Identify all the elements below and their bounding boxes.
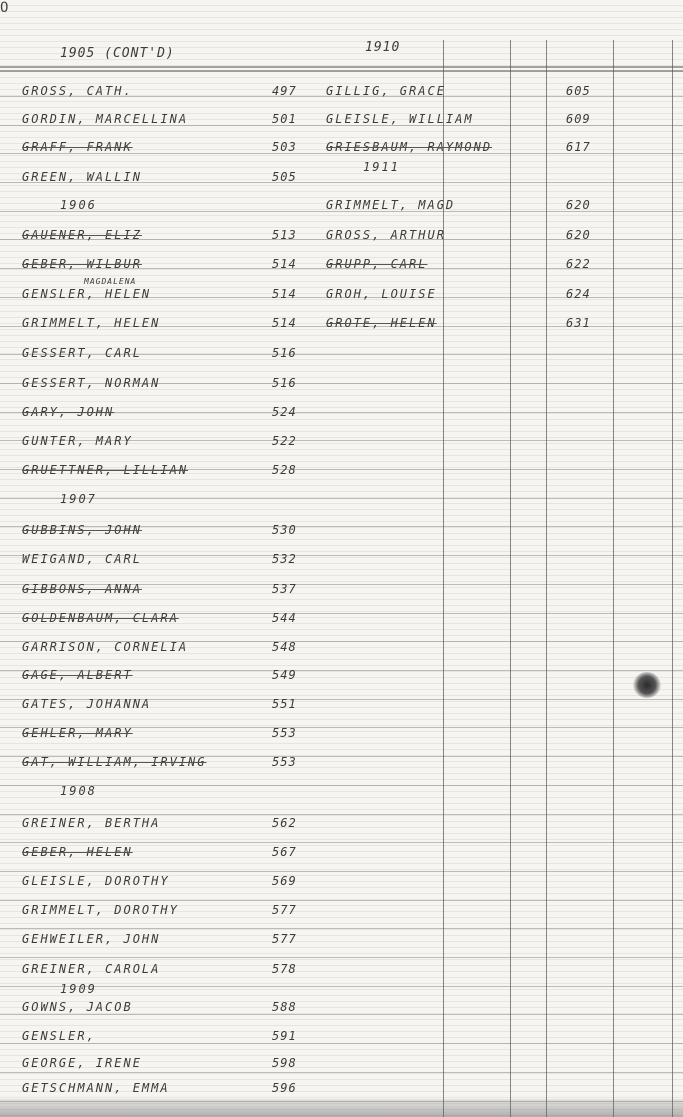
year-section-label: 1911 — [363, 160, 400, 174]
entry-page-number: 528 — [272, 463, 297, 477]
entry-page-number: 569 — [272, 874, 297, 888]
entry-name: GOWNS, JACOB — [22, 1000, 133, 1014]
column-rule — [613, 40, 614, 1117]
entry-page-number: 532 — [272, 552, 297, 566]
entry-page-number: 588 — [272, 1000, 297, 1014]
ruled-line — [0, 785, 683, 786]
entry-name: GROTE, HELEN — [326, 316, 437, 330]
entry-page-number: 516 — [272, 346, 297, 360]
entry-page-number: 522 — [272, 434, 297, 448]
column-rule — [546, 40, 547, 1117]
ruled-line — [0, 1014, 683, 1015]
year-section-label: 1908 — [60, 784, 97, 798]
entry-page-number: 609 — [566, 112, 591, 126]
entry-page-number: 524 — [272, 405, 297, 419]
entry-name: GRUETTNER, LILLIAN — [22, 463, 188, 477]
entry-page-number: 596 — [272, 1081, 297, 1095]
entry-name: GUBBINS, JOHN — [22, 523, 142, 537]
entry-page-number: 577 — [272, 903, 297, 917]
entry-page-number: 577 — [272, 932, 297, 946]
ruled-line — [0, 928, 683, 929]
entry-page-number: 548 — [272, 640, 297, 654]
entry-name: GIBBONS, ANNA — [22, 582, 142, 596]
scan-edge-shadow — [0, 1099, 683, 1117]
entry-page-number: 622 — [566, 257, 591, 271]
entry-name: GAGE, ALBERT — [22, 668, 133, 682]
entry-page-number: 562 — [272, 816, 297, 830]
entry-page-number: 514 — [272, 316, 297, 330]
entry-name: GREINER, BERTHA — [22, 816, 160, 830]
column-rule — [672, 40, 673, 1117]
entry-page-number: 514 — [272, 287, 297, 301]
entry-page-number: 617 — [566, 140, 591, 154]
entry-name: GROH, LOUISE — [326, 287, 437, 301]
entry-correction: MAGDALENA — [84, 277, 136, 286]
entry-name: GETSCHMANN, EMMA — [22, 1081, 170, 1095]
entry-page-number: 514 — [272, 257, 297, 271]
entry-name: GROSS, CATH. — [22, 84, 133, 98]
entry-page-number: 624 — [566, 287, 591, 301]
entry-name: GUNTER, MARY — [22, 434, 133, 448]
entry-name: GARRISON, CORNELIA — [22, 640, 188, 654]
entry-name: GARY, JOHN — [22, 405, 114, 419]
entry-name: GAT, WILLIAM, IRVING — [22, 755, 207, 769]
entry-name: GLEISLE, DOROTHY — [22, 874, 170, 888]
entry-name: GEBER, HELEN — [22, 845, 133, 859]
entry-page-number: 497 — [272, 84, 297, 98]
ruled-line — [0, 814, 683, 815]
year-section-label: 1906 — [60, 198, 97, 212]
entry-name: GESSERT, NORMAN — [22, 376, 160, 390]
ruled-line — [0, 900, 683, 901]
entry-name: GEBER, WILBUR — [22, 257, 142, 271]
entry-name: GOLDENBAUM, CLARA — [22, 611, 179, 625]
ruled-line — [0, 957, 683, 958]
entry-name: GRIMMELT, MAGD — [326, 198, 455, 212]
entry-page-number: 551 — [272, 697, 297, 711]
ledger-page: O 1905 (CONT'D) 1910 GROSS, CATH.497GORD… — [0, 0, 683, 1117]
entry-name: GROSS, ARTHUR — [326, 228, 446, 242]
entry-page-number: 605 — [566, 84, 591, 98]
entry-name: GREINER, CAROLA — [22, 962, 160, 976]
entry-page-number: 578 — [272, 962, 297, 976]
ruled-line — [0, 498, 683, 499]
entry-name: GENSLER, HELEN — [22, 287, 151, 301]
ink-smudge — [633, 672, 661, 698]
entry-name: GREEN, WALLIN — [22, 170, 142, 184]
entry-name: GRUPP, CARL — [326, 257, 427, 271]
entry-page-number: 505 — [272, 170, 297, 184]
entry-name: GEHLER, MARY — [22, 726, 133, 740]
entry-page-number: 553 — [272, 755, 297, 769]
corner-diagonal-rule — [678, 0, 683, 31]
entry-page-number: 620 — [566, 228, 591, 242]
entry-page-number: 553 — [272, 726, 297, 740]
ruled-line — [0, 1043, 683, 1044]
entry-page-number: 631 — [566, 316, 591, 330]
corner-mark: O — [0, 0, 8, 16]
entry-name: GRAFF, FRANK — [22, 140, 133, 154]
entry-page-number: 537 — [272, 582, 297, 596]
entry-name: GLEISLE, WILLIAM — [326, 112, 474, 126]
section-header-right: 1910 — [365, 40, 400, 55]
entry-name: GILLIG, GRACE — [326, 84, 446, 98]
entry-page-number: 598 — [272, 1056, 297, 1070]
entry-page-number: 503 — [272, 140, 297, 154]
entry-name: GAUENER, ELIZ — [22, 228, 142, 242]
entry-page-number: 544 — [272, 611, 297, 625]
entry-name: GRIESBAUM, RAYMOND — [326, 140, 492, 154]
section-header-left: 1905 (CONT'D) — [60, 46, 175, 61]
entry-page-number: 620 — [566, 198, 591, 212]
year-section-label: 1909 — [60, 982, 97, 996]
year-section-label: 1907 — [60, 492, 97, 506]
ruled-line — [0, 842, 683, 843]
entry-name: GATES, JOHANNA — [22, 697, 151, 711]
entry-page-number: 530 — [272, 523, 297, 537]
ruled-line — [0, 986, 683, 987]
entry-page-number: 549 — [272, 668, 297, 682]
entry-page-number: 516 — [272, 376, 297, 390]
entry-page-number: 591 — [272, 1029, 297, 1043]
entry-page-number: 567 — [272, 845, 297, 859]
entry-name: GENSLER, — [22, 1029, 96, 1043]
entry-name: GESSERT, CARL — [22, 346, 142, 360]
entry-name: WEIGAND, CARL — [22, 552, 142, 566]
entry-page-number: 501 — [272, 112, 297, 126]
ruled-line — [0, 1072, 683, 1073]
entry-name: GRIMMELT, HELEN — [22, 316, 160, 330]
entry-name: GEORGE, IRENE — [22, 1056, 142, 1070]
entry-name: GEHWEILER, JOHN — [22, 932, 160, 946]
entry-name: GORDIN, MARCELLINA — [22, 112, 188, 126]
column-rule — [510, 40, 511, 1117]
entry-page-number: 513 — [272, 228, 297, 242]
entry-name: GRIMMELT, DOROTHY — [22, 903, 179, 917]
ruled-line — [0, 871, 683, 872]
